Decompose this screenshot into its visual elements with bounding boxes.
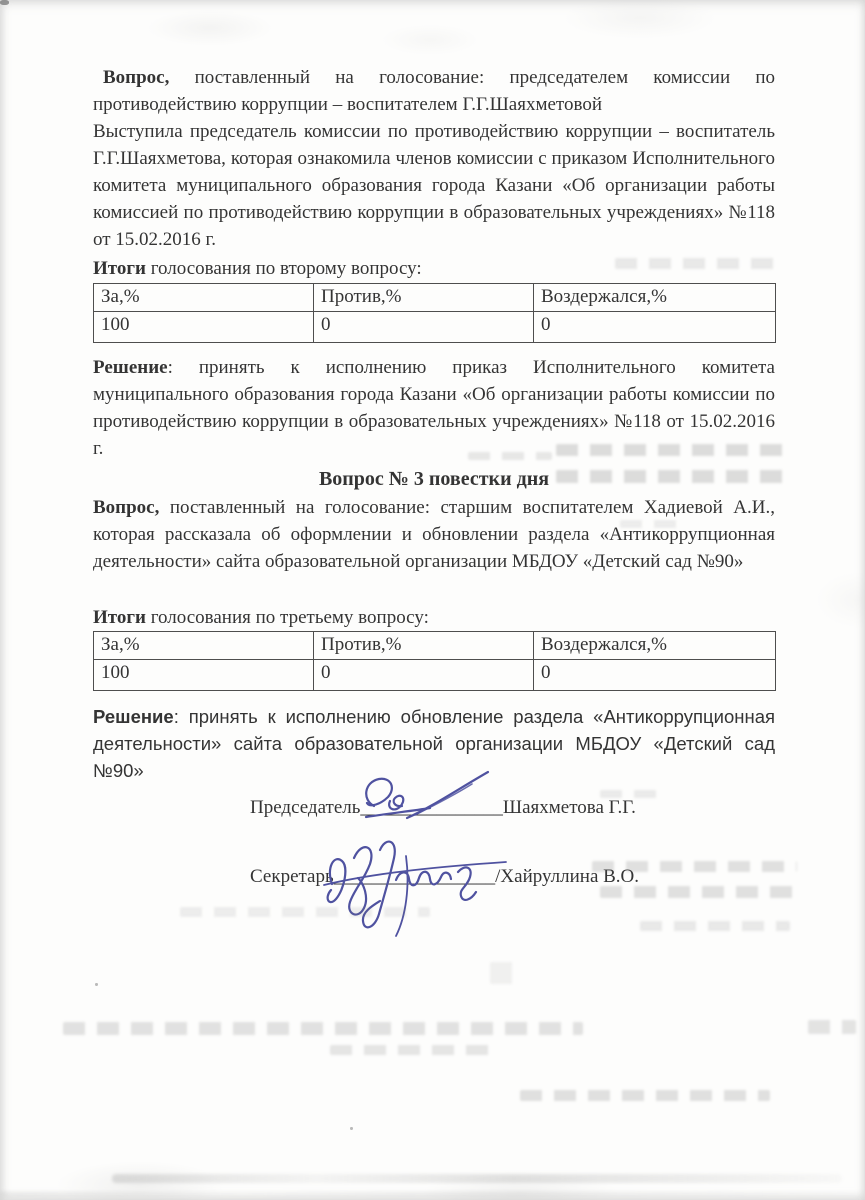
decision2-text: : принять к исполнению приказ Исполнител… [93,357,775,459]
bleedthrough-smudge [520,1090,770,1101]
vote-table-2: За,% Против,% Воздержался,% 100 0 0 [93,283,776,343]
results3-lead: Итоги [93,607,146,628]
value-protiv: 0 [314,312,534,343]
header-protiv: Против,% [314,284,534,312]
chair-signature-line: Председатель_______________Шаяхметова Г.… [250,797,636,819]
question3-voted-lead: Вопрос, [93,497,159,518]
secretary-underline: _________________ [334,866,496,887]
decision3-paragraph: Решение: принять к исполнению обновление… [93,703,775,784]
vote-table-2-value-row: 100 0 0 [94,312,776,343]
scan-speck [95,983,98,986]
question2-voted-lead: Вопрос, [103,67,169,88]
header-za: За,% [94,632,314,660]
question2-voted-text: поставленный на голосование: председател… [93,67,775,115]
results3-label: Итоги голосования по третьему вопросу: [93,604,775,631]
results2-label: Итоги голосования по второму вопросу: [93,255,775,282]
chair-underline: _______________ [360,797,503,818]
results3-text: голосования по третьему вопросу: [146,607,429,628]
decision3-text: : принять к исполнению обновление раздел… [93,706,775,781]
question3-body: Вопрос, поставленный на голосование: ста… [93,494,775,575]
decision2-lead: Решение [93,357,168,378]
vote-table-3-header-row: За,% Против,% Воздержался,% [94,632,776,660]
results2-text: голосования по второму вопросу: [146,258,422,279]
question3-voted-text: поставленный на голосование: старшим вос… [93,497,775,572]
bleedthrough-smudge [330,1045,500,1055]
value-za: 100 [94,660,314,691]
question2-body: Вопрос, поставленный на голосование: пре… [93,64,775,253]
value-za: 100 [94,312,314,343]
bleedthrough-smudge [490,962,520,984]
vote-table-3: За,% Против,% Воздержался,% 100 0 0 [93,631,776,691]
chair-label: Председатель [250,797,360,818]
chair-name: Шаяхметова Г.Г. [503,797,636,818]
secretary-name: /Хайруллина В.О. [495,866,639,887]
vote-table-2-wrap: За,% Против,% Воздержался,% 100 0 0 [93,283,775,343]
vote-table-3-wrap: За,% Против,% Воздержался,% 100 0 0 [93,631,775,691]
vote-table-3-value-row: 100 0 0 [94,660,776,691]
header-vozderzhalsya: Воздержался,% [534,632,776,660]
bottom-scan-band [112,1174,842,1183]
decision2-paragraph: Решение: принять к исполнению приказ Исп… [93,354,775,462]
bleedthrough-smudge [63,1022,583,1035]
value-protiv: 0 [314,660,534,691]
header-protiv: Против,% [314,632,534,660]
question2-voted-paragraph: Вопрос, поставленный на голосование: пре… [93,64,775,118]
scanned-protocol-page: Вопрос, поставленный на голосование: пре… [0,0,865,1200]
vote-table-2-header-row: За,% Против,% Воздержался,% [94,284,776,312]
scan-speck [0,0,9,5]
value-vozderzhalsya: 0 [534,660,776,691]
results2-lead: Итоги [93,258,146,279]
header-za: За,% [94,284,314,312]
header-vozderzhalsya: Воздержался,% [534,284,776,312]
bleedthrough-smudge [180,907,430,917]
value-vozderzhalsya: 0 [534,312,776,343]
scan-speck [350,1127,353,1130]
question3-heading: Вопрос № 3 повестки дня [93,466,775,493]
bleedthrough-smudge [640,921,790,931]
secretary-label: Секретарь [250,866,334,887]
secretary-signature-line: Секретарь_________________/Хайруллина В.… [250,866,639,888]
bleedthrough-smudge [808,1020,856,1034]
decision3-lead: Решение [93,706,174,727]
bottom-edge-band [0,1191,865,1197]
question2-speech-paragraph: Выступила председатель комиссии по проти… [93,118,775,253]
